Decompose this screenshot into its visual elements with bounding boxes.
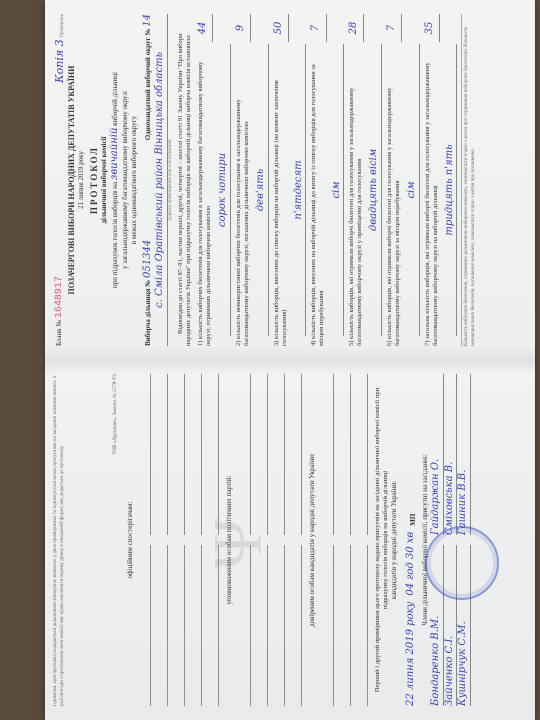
signed-date: 22 липня 2019 року <box>405 602 418 706</box>
doc-subject-prefix: про підрахунок голосів виборців на <box>111 182 119 288</box>
precinct-address: с. Сміла Оратівський район Вінницька обл… <box>154 14 168 346</box>
form-header-row: Бланк № 1648917 Копія 3 Примірник <box>53 14 67 346</box>
signed-time: 04 год 30 хв <box>405 532 418 596</box>
doc-subtitle: дільничної виборчої комісії <box>100 14 109 346</box>
present-members-heading: Члени дільничної виборчої комісії, прису… <box>421 374 430 706</box>
protocol-signature-page: Примітка. Цей протокол складається дільн… <box>45 360 535 720</box>
item-words: сім <box>406 44 420 336</box>
protocol-item: 3) кількість виборців, внесених до списк… <box>273 14 307 346</box>
copy-recipients-text: Перший і другий примірники цього протоко… <box>374 374 390 706</box>
item-words: двадцять вісім <box>368 44 382 336</box>
signed-datetime: 22 липня 2019 року 04 год 30 хв МП <box>405 374 418 706</box>
district-line-1: у загальнодержавному багатомандатному ви… <box>121 14 130 346</box>
print-note: ТОВ «Друкарня», Замовл. № 2178-У2 <box>113 374 120 706</box>
protocol-item: 1) кількість виборчих бюлетенів для голо… <box>197 14 231 346</box>
doc-subject: про підрахунок голосів виборців на звича… <box>109 14 122 346</box>
item-value: 9 <box>235 14 251 42</box>
item-words: сорок чотири <box>217 44 231 336</box>
proxies-heading: довіреним особам кандидатів у народні де… <box>308 374 317 706</box>
protocol-item: 7) загальна кількість виборців, які отри… <box>424 14 458 346</box>
observers-heading: офіційним спостерігачам: <box>126 374 135 706</box>
member-signature: Гайдаржан О. <box>430 374 444 535</box>
item-value: 7 <box>386 14 402 42</box>
protocol-item: 4) кількість виборців, внесених на вибор… <box>310 14 344 346</box>
protocol-item: 5) кількість виборців, які отримали вибо… <box>348 14 382 346</box>
okrug-label: Одномандатний виборчий округ № <box>144 28 152 140</box>
item-words: дев'ять <box>255 44 269 336</box>
candidates-heading: кандидатів у народні депутати України: <box>390 374 399 706</box>
coat-of-arms-watermark: Ψ <box>195 518 283 570</box>
item-value: 44 <box>197 14 213 42</box>
commission-stamp <box>425 526 499 600</box>
photo-background: Примітка. Цей протокол складається дільн… <box>0 0 540 720</box>
item-value: 7 <box>310 14 326 42</box>
precinct-type: звичайній <box>109 128 120 181</box>
item-words: п'ятдесят <box>293 44 307 336</box>
footnote: Кількість виборчих бюлетенів, отриманих … <box>461 14 477 346</box>
item-value: 35 <box>424 14 440 42</box>
proxies-signature-block <box>317 374 368 706</box>
item-words: сім <box>331 44 345 336</box>
member-signature: Сміховська В. <box>444 374 458 535</box>
district-line-2: в межах одномандатного виборчого округу <box>130 14 139 346</box>
member-signature: Гашник В.В. <box>457 374 471 535</box>
copy-value: Копія 3 <box>53 39 66 83</box>
item-words: тридцять п'ять <box>444 44 458 336</box>
legal-note: Примітка. Цей протокол складається дільн… <box>53 374 113 706</box>
protocol-items: 1) кількість виборчих бюлетенів для голо… <box>197 14 457 346</box>
blank-number: 1648917 <box>54 276 65 318</box>
precinct-label: Виборча дільниця № <box>144 280 152 346</box>
okrug-number: 14 <box>142 14 153 27</box>
copy-label: Примірник <box>60 14 65 38</box>
address-caption: (адреса приміщення для голосування) <box>168 14 174 346</box>
precinct-row: Виборча дільниця № 051344 Одномандатний … <box>142 14 155 346</box>
protocol-front-page: Бланк № 1648917 Копія 3 Примірник ПОЗАЧЕ… <box>45 0 535 360</box>
protocol-item: 6) кількість виборців, які отримали вибо… <box>386 14 420 346</box>
election-date: 21 липня 2019 року <box>77 14 86 346</box>
intro-text: Відповідно до статті 87–91, частин першо… <box>177 14 193 346</box>
election-title: ПОЗАЧЕРГОВІ ВИБОРИ НАРОДНИХ ДЕПУТАТІВ УК… <box>67 14 77 346</box>
election-protocol-document: Примітка. Цей протокол складається дільн… <box>45 0 535 720</box>
blank-label: Бланк № <box>55 320 63 346</box>
precinct-number: 051344 <box>142 240 153 278</box>
item-value: 28 <box>348 14 364 42</box>
stamp-label: МП <box>409 514 418 526</box>
doc-title: ПРОТОКОЛ <box>89 14 100 346</box>
doc-subject-suffix: виборчій дільниці <box>111 72 119 126</box>
protocol-item: 2) кількість невикористаних виборчих бюл… <box>235 14 269 346</box>
item-value: 50 <box>273 14 289 42</box>
